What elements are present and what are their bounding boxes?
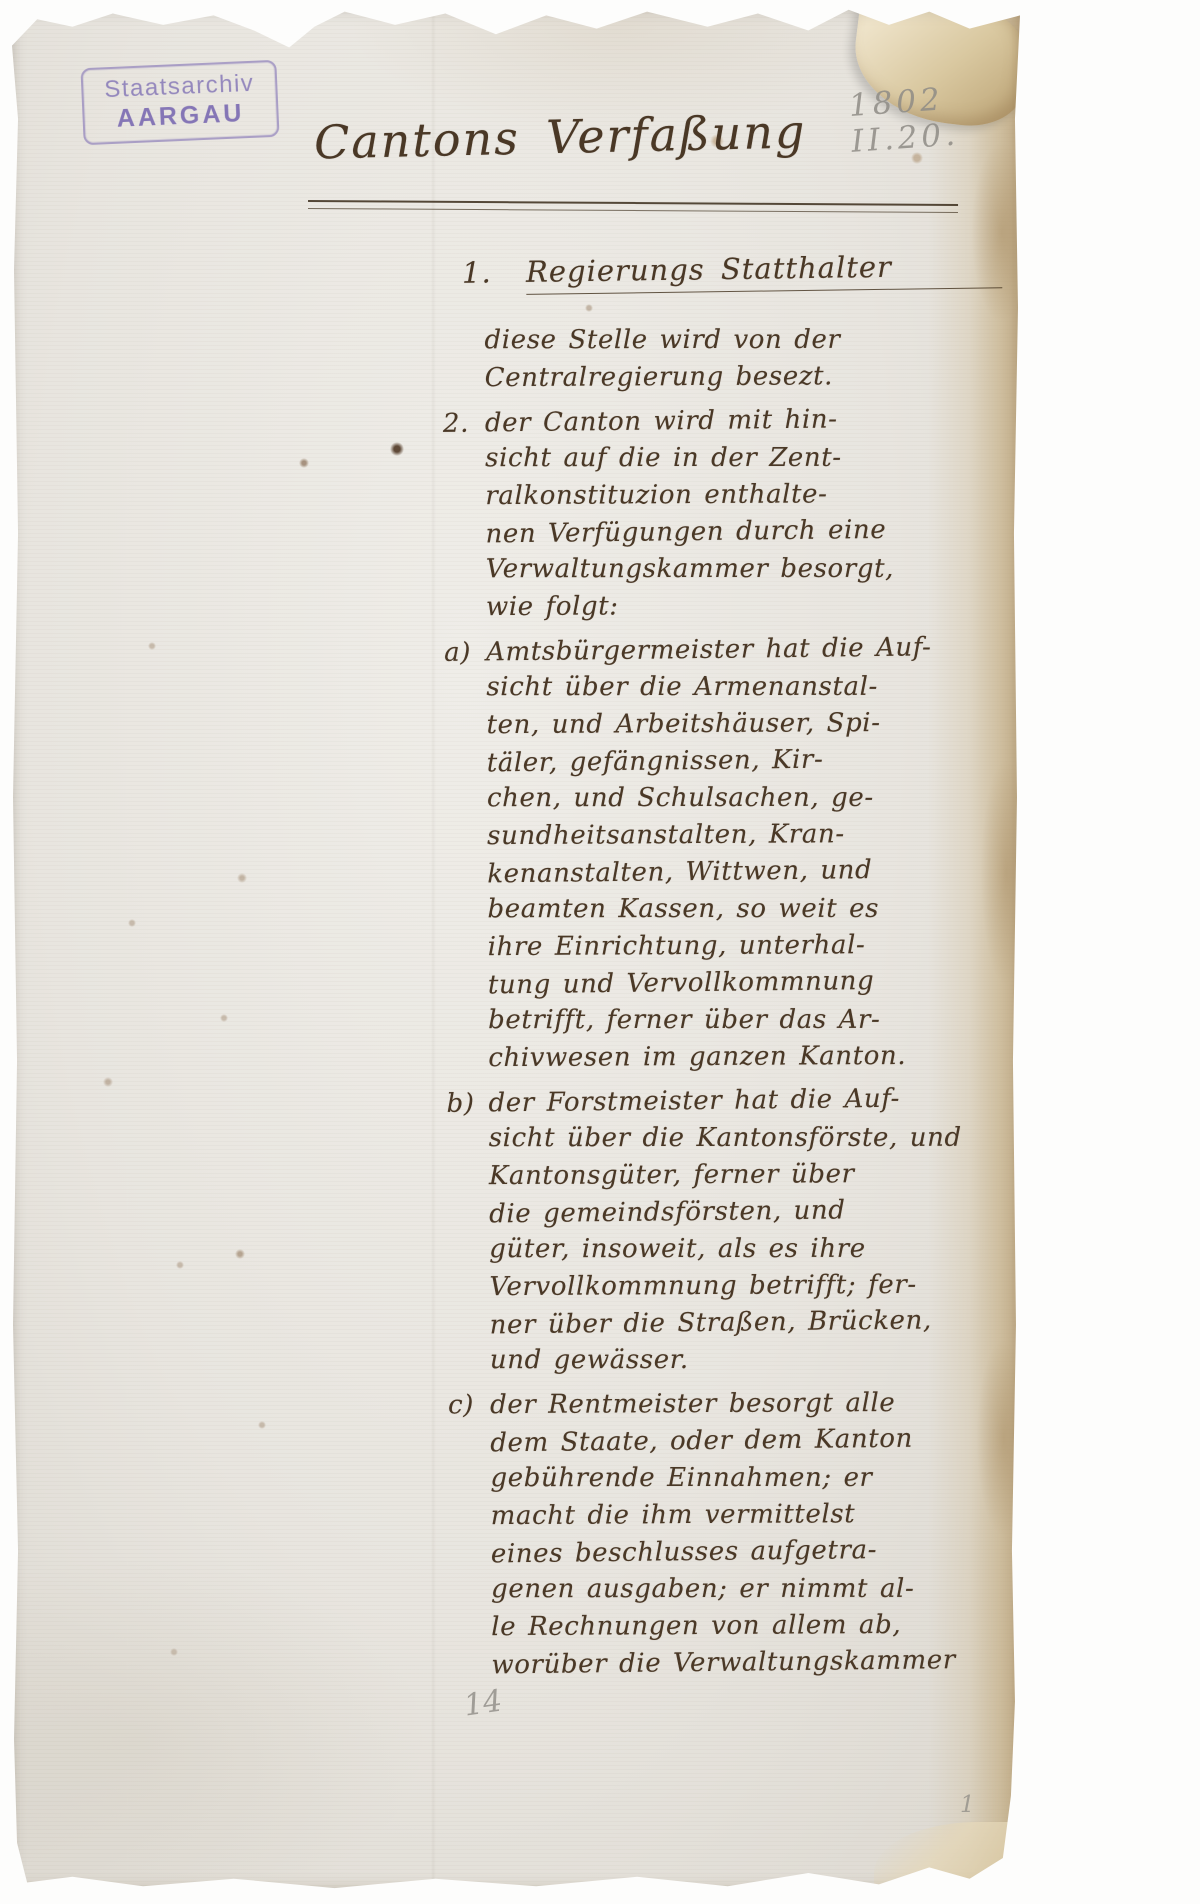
manuscript-line-text: chivwesen im ganzen Kanton. [488, 1041, 906, 1073]
manuscript-line-text: chen, und Schulsachen, ge- [487, 783, 874, 813]
manuscript-line-text: worüber die Verwaltungskammer [491, 1645, 956, 1680]
manuscript-line-text: güter, insoweit, als es ihre [489, 1234, 865, 1264]
manuscript-line: Verwaltungskammer besorgt, [442, 551, 958, 588]
manuscript-line-text: kenanstalten, Wittwen, und [487, 855, 872, 889]
manuscript-line: sundheitsanstalten, Kran- [443, 816, 959, 856]
manuscript-line-text: ner über die Straßen, Brücken, [490, 1305, 932, 1340]
manuscript-line-text: der Canton wird mit hin- [485, 404, 838, 438]
manuscript-line: Vervollkommnung betrifft; fer- [445, 1267, 961, 1307]
manuscript-line-text: ralkonstituzion enthalte- [485, 479, 827, 511]
manuscript-line-text: täler, gefängnissen, Kir- [487, 745, 824, 779]
manuscript-line-text: beamten Kassen, so weit es [488, 894, 880, 924]
manuscript-line: tung und Vervollkommnung [444, 962, 960, 1005]
manuscript-line-text: gebührende Einnahmen; er [490, 1463, 872, 1493]
document-title: Cantons Verfaßung [313, 101, 974, 170]
manuscript-line: güter, insoweit, als es ihre [445, 1231, 961, 1268]
manuscript-line-text: Centralregierung besezt. [485, 361, 833, 393]
manuscript-line: worüber die Verwaltungskammer [447, 1642, 963, 1685]
manuscript-line-text: sicht über die Armenanstal- [486, 672, 878, 702]
manuscript-line-text: Kantonsgüter, ferner über [489, 1159, 855, 1191]
manuscript-line: dem Staate, oder dem Kanton [446, 1420, 962, 1463]
title-underline [308, 200, 958, 218]
manuscript-line: sicht auf die in der Zent- [441, 440, 957, 477]
manuscript-line: Centralregierung besezt. [441, 358, 957, 398]
section-heading: 1.Regierungs Statthalter [462, 248, 1002, 290]
manuscript-line: kenanstalten, Wittwen, und [443, 851, 959, 894]
manuscript-line: diese Stelle wird von der [441, 322, 957, 359]
archive-stamp-line2: AARGAU [94, 98, 267, 134]
manuscript-line: betrifft, ferner über das Ar- [444, 1002, 960, 1039]
manuscript-line: 2.der Canton wird mit hin- [441, 400, 957, 443]
manuscript-line-text: Amtsbürgermeister hat die Auf- [486, 632, 932, 667]
manuscript-line: ner über die Straßen, Brücken, [445, 1302, 961, 1345]
manuscript-line: sicht über die Armenanstal- [442, 669, 958, 706]
manuscript-line-text: diese Stelle wird von der [485, 325, 841, 355]
manuscript-line-text: Verwaltungskammer besorgt, [486, 554, 894, 584]
section-heading-text: Regierungs Statthalter [526, 248, 1002, 295]
manuscript-line: Kantonsgüter, ferner über [445, 1156, 961, 1196]
manuscript-line-text: sicht auf die in der Zent- [485, 443, 842, 473]
manuscript-line: le Rechnungen von allem ab, [447, 1607, 963, 1647]
manuscript-line: täler, gefängnissen, Kir- [443, 740, 959, 783]
manuscript-line-text: macht die ihm vermittelst [491, 1499, 856, 1531]
manuscript-line: beamten Kassen, so weit es [443, 891, 959, 928]
manuscript-line: chen, und Schulsachen, ge- [443, 780, 959, 817]
manuscript-line-text: nen Verfügungen durch eine [485, 515, 886, 550]
paragraph-marker: c) [448, 1387, 474, 1424]
archive-stamp: Staatsarchiv AARGAU [80, 60, 279, 145]
manuscript-line: b)der Forstmeister hat die Auf- [444, 1080, 960, 1123]
paragraph-marker: b) [446, 1086, 474, 1123]
manuscript-line: und gewässer. [446, 1342, 962, 1379]
manuscript-line-text: sicht über die Kantonsförste, und [489, 1123, 962, 1153]
manuscript-line-text: tung und Vervollkommnung [488, 966, 875, 1000]
paper-sheet: Staatsarchiv AARGAU 1802 II.20. Cantons … [12, 6, 1020, 1890]
manuscript-line: ralkonstituzion enthalte- [441, 476, 957, 516]
manuscript-line: c)der Rentmeister besorgt alle [446, 1385, 962, 1425]
manuscript-line-text: der Rentmeister besorgt alle [490, 1388, 895, 1420]
manuscript-line: ten, und Arbeitshäuser, Spi- [442, 705, 958, 745]
manuscript-line: sicht über die Kantonsförste, und [445, 1120, 961, 1157]
manuscript-line: genen ausgaben; er nimmt al- [447, 1571, 963, 1608]
paragraph-marker: 2. [443, 406, 469, 443]
manuscript-line-text: genen ausgaben; er nimmt al- [491, 1574, 914, 1604]
pencil-folio-number: 1 [960, 1792, 975, 1818]
manuscript-line: nen Verfügungen durch eine [441, 511, 957, 554]
manuscript-line-text: ten, und Arbeitshäuser, Spi- [486, 708, 880, 740]
manuscript-body: diese Stelle wird von derCentralregierun… [440, 321, 963, 1684]
manuscript-line-text: die gemeindsförsten, und [489, 1195, 846, 1229]
section-heading-number: 1. [462, 255, 526, 290]
pencil-page-number: 14 [462, 1684, 505, 1724]
manuscript-line: macht die ihm vermittelst [447, 1496, 963, 1536]
manuscript-line-text: ihre Einrichtung, unterhal- [488, 930, 866, 962]
manuscript-line-text: wie folgt: [486, 591, 619, 622]
manuscript-line: eines beschlusses aufgetra- [447, 1531, 963, 1574]
manuscript-line-text: le Rechnungen von allem ab, [491, 1610, 901, 1642]
manuscript-line: ihre Einrichtung, unterhal- [444, 927, 960, 967]
manuscript-line-text: und gewässer. [490, 1345, 689, 1375]
manuscript-line: a)Amtsbürgermeister hat die Auf- [442, 629, 958, 672]
manuscript-line-text: sundheitsanstalten, Kran- [487, 819, 845, 851]
manuscript-line-text: eines beschlusses aufgetra- [491, 1535, 877, 1569]
manuscript-line-text: betrifft, ferner über das Ar- [488, 1005, 880, 1035]
worn-corner-bottom-right [874, 1822, 1022, 1894]
manuscript-line: gebührende Einnahmen; er [446, 1460, 962, 1497]
manuscript-line-text: dem Staate, oder dem Kanton [490, 1424, 913, 1459]
manuscript-line: chivwesen im ganzen Kanton. [444, 1038, 960, 1078]
manuscript-line-text: Vervollkommnung betrifft; fer- [489, 1270, 916, 1302]
paragraph-marker: a) [444, 635, 471, 672]
manuscript-line: wie folgt: [442, 587, 958, 627]
manuscript-line: die gemeindsförsten, und [445, 1191, 961, 1234]
manuscript-line-text: der Forstmeister hat die Auf- [488, 1084, 900, 1119]
